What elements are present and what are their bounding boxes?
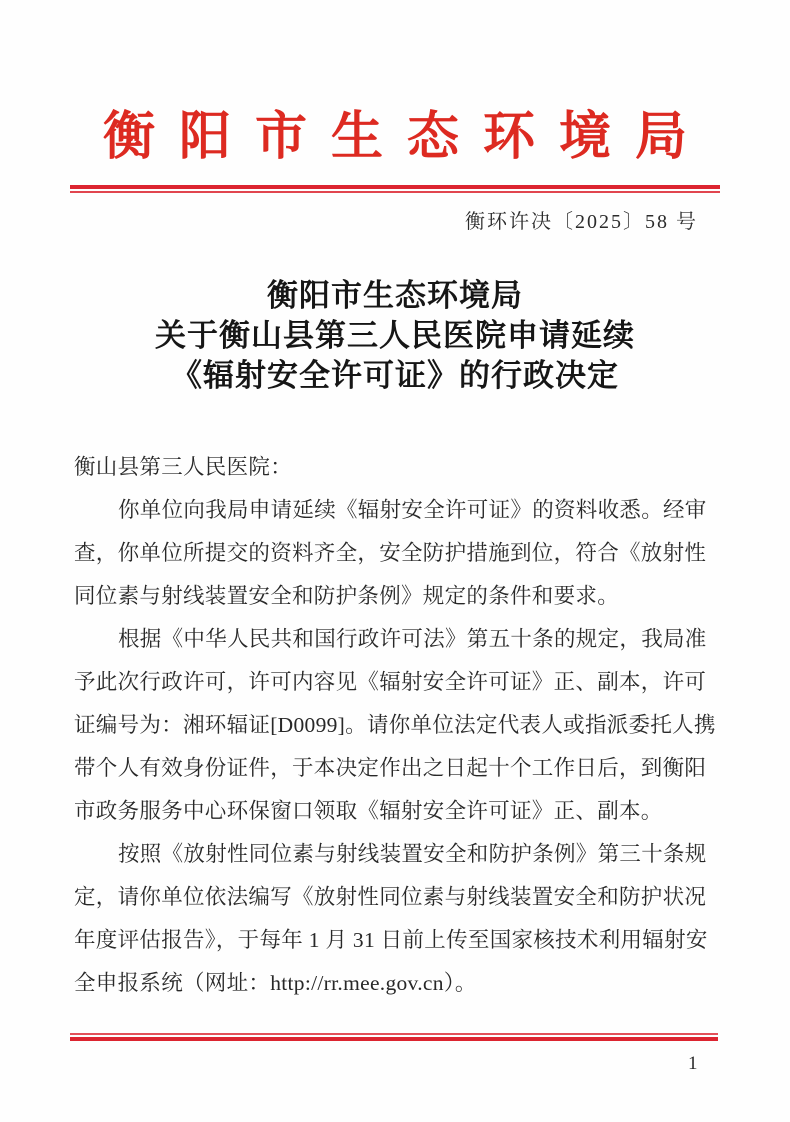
- body-line: 带个人有效身份证件，于本决定作出之日起十个工作日后，到衡阳: [74, 747, 734, 790]
- footer-divider-thick-line: [70, 1037, 718, 1041]
- body-line: 你单位向我局申请延续《辐射安全许可证》的资料收悉。经审: [74, 489, 734, 532]
- header-divider: [70, 185, 720, 193]
- header-divider-thin-line: [70, 191, 720, 193]
- title-line-3: 《辐射安全许可证》的行政决定: [0, 356, 790, 396]
- title-line-1: 衡阳市生态环境局: [0, 276, 790, 316]
- body-line: 全申报系统（网址：http://rr.mee.gov.cn）。: [74, 962, 734, 1005]
- document-page: 衡阳市生态环境局 衡环许决〔2025〕58 号 衡阳市生态环境局 关于衡山县第三…: [0, 0, 790, 1122]
- document-title: 衡阳市生态环境局 关于衡山县第三人民医院申请延续 《辐射安全许可证》的行政决定: [0, 276, 790, 396]
- footer-divider: [70, 1033, 718, 1041]
- body-line: 市政务服务中心环保窗口领取《辐射安全许可证》正、副本。: [74, 790, 734, 833]
- document-body: 衡山县第三人民医院： 你单位向我局申请延续《辐射安全许可证》的资料收悉。经审 查…: [74, 446, 734, 1005]
- agency-header: 衡阳市生态环境局: [0, 108, 790, 168]
- body-line: 予此次行政许可，许可内容见《辐射安全许可证》正、副本，许可: [74, 661, 734, 704]
- salutation: 衡山县第三人民医院：: [74, 446, 734, 489]
- document-number: 衡环许决〔2025〕58 号: [465, 205, 698, 234]
- body-line: 根据《中华人民共和国行政许可法》第五十条的规定，我局准: [74, 618, 734, 661]
- body-line: 查，你单位所提交的资料齐全，安全防护措施到位，符合《放射性: [74, 532, 734, 575]
- body-line: 同位素与射线装置安全和防护条例》规定的条件和要求。: [74, 575, 734, 618]
- title-line-2: 关于衡山县第三人民医院申请延续: [0, 316, 790, 356]
- footer-divider-thin-line: [70, 1033, 718, 1035]
- page-number: 1: [688, 1053, 698, 1075]
- body-line: 按照《放射性同位素与射线装置安全和防护条例》第三十条规: [74, 833, 734, 876]
- body-line: 证编号为：湘环辐证[D0099]。请你单位法定代表人或指派委托人携: [74, 704, 734, 747]
- body-line: 年度评估报告》，于每年 1 月 31 日前上传至国家核技术利用辐射安: [74, 919, 734, 962]
- body-line: 定，请你单位依法编写《放射性同位素与射线装置安全和防护状况: [74, 876, 734, 919]
